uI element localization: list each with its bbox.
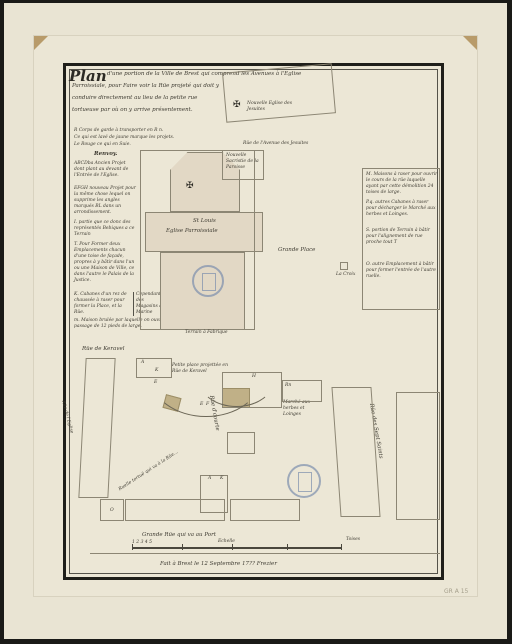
parcel-letter: E bbox=[154, 380, 157, 386]
scale-unit: Toises bbox=[346, 537, 360, 543]
legend-intro-1: R Corps de garde à transporter en R n. bbox=[74, 128, 163, 134]
mount-corner-top-left bbox=[34, 36, 48, 50]
street-label-jesuites: Rüe de l'Avenue des Jesuites bbox=[243, 141, 308, 147]
catalog-mark: GR A 15 bbox=[444, 588, 468, 595]
library-stamp-1 bbox=[192, 265, 224, 297]
rue-keravel-label: Rüe de Keravel bbox=[82, 346, 124, 353]
legend-right-m: M. Maisons à raser pour ouvrir le cours … bbox=[366, 172, 438, 196]
title-line-2: Parroissiale, pour Faire voir la Rüe pro… bbox=[72, 83, 219, 90]
legend-entry-abcd: ABCDba Ancien Projet dont plant au devan… bbox=[74, 161, 134, 179]
la-croix-label: La Croix bbox=[336, 272, 355, 278]
block-marche bbox=[227, 432, 255, 454]
library-stamp-2 bbox=[287, 464, 321, 498]
legend-intro-2: Ce qui est lavé de jaune marque les proj… bbox=[74, 135, 174, 141]
marche-herbes-label: Marché aux herbes et Loinges bbox=[283, 400, 323, 418]
church-cross-icon: ✠ bbox=[186, 181, 194, 191]
title-line-4: tortueuse par où on y arrive présentemen… bbox=[72, 107, 193, 114]
mount-corner-top-right bbox=[463, 36, 477, 50]
jesuits-church-block bbox=[222, 63, 336, 122]
legend-entry-efgh: EFGH nouveau Projet pour la même chose l… bbox=[74, 186, 136, 216]
parcel-letter: Rn bbox=[285, 383, 291, 389]
parcel-letter: A bbox=[208, 476, 211, 482]
legend-entry-t: T. Pour Former deux Emplacements chacun … bbox=[74, 242, 136, 284]
legend-intro-3: Le Rouge ce qui en Suie. bbox=[74, 142, 131, 148]
legend-right-o: O. autre Emplacement à bâtir pour former… bbox=[366, 262, 438, 280]
parcel-letter: F bbox=[206, 402, 209, 408]
signature-line: Fait à Brest le 12 Septembre 17?? Frezie… bbox=[160, 561, 277, 568]
grande-rue-label: Grande Rüe qui va au Port bbox=[142, 532, 216, 539]
block-south-2 bbox=[230, 499, 300, 521]
title-line-3: conduire directement au lieu de la petit… bbox=[72, 95, 197, 102]
parcel-letter-a: A bbox=[141, 360, 144, 366]
signature-rule bbox=[90, 553, 440, 554]
church-name: St Louis bbox=[193, 218, 216, 225]
la-croix-marker bbox=[340, 262, 348, 270]
scale-tick-0: 1 2 3 4 5 bbox=[132, 540, 152, 546]
parcel-letter: K bbox=[155, 368, 158, 374]
cross-icon: ✠ bbox=[233, 100, 241, 110]
sacristie-label: Nouvelle Sacristie de la Paroisse bbox=[226, 153, 260, 171]
parcel-letter: K bbox=[220, 476, 223, 482]
parcel-letter: H bbox=[252, 374, 256, 380]
block-south-1 bbox=[125, 499, 225, 521]
scale-bar bbox=[132, 547, 342, 549]
legend-right-s: S. portion de Terrain à bâtir pour l'ali… bbox=[366, 228, 438, 246]
arc-project-gh bbox=[198, 350, 275, 407]
legend-entry-i: I. partie que ce donc des représentés Be… bbox=[74, 220, 136, 238]
legend-entry-k: K. Cabanes d'un rez de chaussée à raser … bbox=[74, 292, 130, 316]
block-far-east bbox=[396, 392, 440, 520]
parcel-letter: O bbox=[110, 508, 114, 514]
legend-right-pq: P.q. autres Cabanes à raser pour décharg… bbox=[366, 200, 438, 218]
church-subtitle: Eglise Parroissiale bbox=[166, 228, 218, 235]
parcel-letter: E bbox=[200, 402, 203, 408]
renvoy-heading: Renvoy. bbox=[94, 151, 117, 158]
jesuits-label: Nouvelle Eglise des Jesuites bbox=[247, 101, 307, 113]
grande-place-label: Grande Place bbox=[278, 247, 315, 254]
